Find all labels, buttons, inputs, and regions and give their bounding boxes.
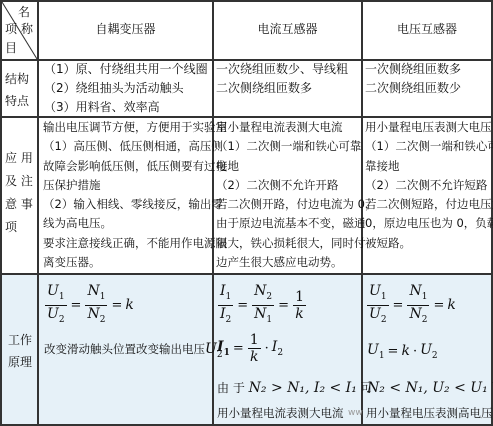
text-line: 一次侧绕组匝数多 [365, 60, 461, 79]
text-line: 故障会影响低压侧，低压侧要有过电 [43, 157, 227, 176]
text-line: 很大，铁心损耗很大，同时付 [216, 234, 376, 253]
comparison-table: 名 项 称 目 自耦变压器 电流互感器 电压互感器 结构 特点 （1）原、付绕组… [0, 0, 493, 426]
text-line: 二次侧绕组匝数多 [216, 79, 348, 98]
row-label-structure-line2: 特点 [5, 90, 29, 112]
application-autotransformer: 输出电压调节方便，方便用于实验室 （1）高压侧、低压侧相通，高压侧 故障会影响低… [43, 118, 227, 272]
text-line: 线为高电压。 [43, 214, 227, 233]
row-label-application-line: 意 事 [5, 193, 33, 216]
text-line: 若二次侧开路，付边电流为 0， [216, 195, 376, 214]
row-divider-3 [0, 273, 493, 275]
header-voltage-transformer: 电压互感器 [363, 19, 491, 39]
text-line: 用小量程电流表测大电流 [216, 118, 376, 137]
text-line: 由于原边电流基本不变，磁通 [216, 214, 376, 233]
structure-voltage-transformer: 一次侧绕组匝数多 二次侧绕组匝数少 [365, 60, 461, 98]
application-current-transformer: 用小量程电流表测大电流 （1）二次侧一端和铁心可靠 接地 （2）二次侧不允许开路… [216, 118, 376, 272]
corner-label-item-2: 目 [5, 38, 17, 58]
text-line: 输出电压调节方便，方便用于实验室 [43, 118, 227, 137]
row-label-application: 应 用 及 注 意 事 项 [5, 147, 33, 239]
voltage-transformer-voltage-equation: U1 = k · U2 [367, 342, 438, 361]
text-line: 靠接地 [365, 157, 493, 176]
corner-label-item-1: 项 [5, 19, 17, 39]
text-line: 若二次侧短路，付边电压为 [365, 195, 493, 214]
autotransformer-principle-text: 改变滑动触头位置改变输出电压U2 [44, 339, 223, 365]
text-line: 离变压器。 [43, 253, 227, 272]
text-line: （2）绕组抽头为活动触头 [44, 79, 208, 98]
row-label-principle-line1: 工作 [8, 329, 32, 351]
header-autotransformer: 自耦变压器 [39, 19, 212, 39]
text-line: （2）二次侧不允许短路 [365, 176, 493, 195]
row-label-application-line: 应 用 [5, 147, 33, 170]
structure-autotransformer: （1）原、付绕组共用一个线圈 （2）绕组抽头为活动触头 （3）用料省、效率高 [44, 60, 208, 117]
text-line: （1）二次侧一端和铁心可 [365, 137, 493, 156]
row-label-application-line: 项 [5, 216, 33, 239]
text-line: 被短路。 [365, 234, 493, 253]
current-transformer-conclusion: 用小量程电流表测大电流 [217, 403, 344, 423]
text-line: （2）二次侧不允许开路 [216, 176, 376, 195]
text-line: 压保护措施 [43, 176, 227, 195]
text-line: 接地 [216, 157, 376, 176]
text-line: 要求注意接线正确，不能用作电源隔 [43, 234, 227, 253]
row-label-application-line: 及 注 [5, 170, 33, 193]
text-line: （2）输入相线、零线接反，输出零 [43, 195, 227, 214]
voltage-transformer-ratio-equation: U1U2 = N1N2 = k [366, 283, 456, 328]
current-transformer-condition: 由 于 N₂ > N₁, I₂ < I₁ 可 [217, 378, 373, 398]
current-transformer-ratio-equation: I1I2 = N2N1 = 1k [217, 283, 307, 328]
header-current-transformer: 电流互感器 [214, 19, 361, 39]
text-line: （1）原、付绕组共用一个线圈 [44, 60, 208, 79]
text-line: 二次侧绕组匝数少 [365, 79, 461, 98]
watermark: ww [348, 403, 363, 423]
corner-label-name-2: 称 [21, 19, 33, 39]
text-line: （3）用料省、效率高 [44, 98, 208, 117]
col-divider-1 [37, 0, 39, 426]
text-line: 边产生很大感应电动势。 [216, 253, 376, 272]
text-line: 一次绕组匝数少、导线粗 [216, 60, 348, 79]
voltage-transformer-conclusion: 用小量程电压表测高电压 [366, 403, 493, 423]
text-line: 用小量程电压表测大电压 [365, 118, 493, 137]
text-line: （1）高压侧、低压侧相通，高压侧 [43, 137, 227, 156]
text-line: （1）二次侧一端和铁心可靠 [216, 137, 376, 156]
table-border-top [0, 0, 493, 2]
current-transformer-current-equation: I1 = 1k · I2 [217, 332, 283, 365]
text-line: 0，原边电压也为 0，负载 [365, 214, 493, 233]
row-label-structure: 结构 特点 [5, 68, 29, 112]
table-border-left [0, 0, 2, 426]
application-voltage-transformer: 用小量程电压表测大电压 （1）二次侧一端和铁心可 靠接地 （2）二次侧不允许短路… [365, 118, 493, 253]
voltage-transformer-condition: N₂ < N₁, U₂ < U₁ 可 [367, 378, 493, 398]
row-label-structure-line1: 结构 [5, 68, 29, 90]
row-label-principle: 工作 原理 [8, 329, 32, 373]
autotransformer-ratio-equation: U1U2 = N1N2 = k [44, 283, 134, 328]
row-label-principle-line2: 原理 [8, 351, 32, 373]
structure-current-transformer: 一次绕组匝数少、导线粗 二次侧绕组匝数多 [216, 60, 348, 98]
